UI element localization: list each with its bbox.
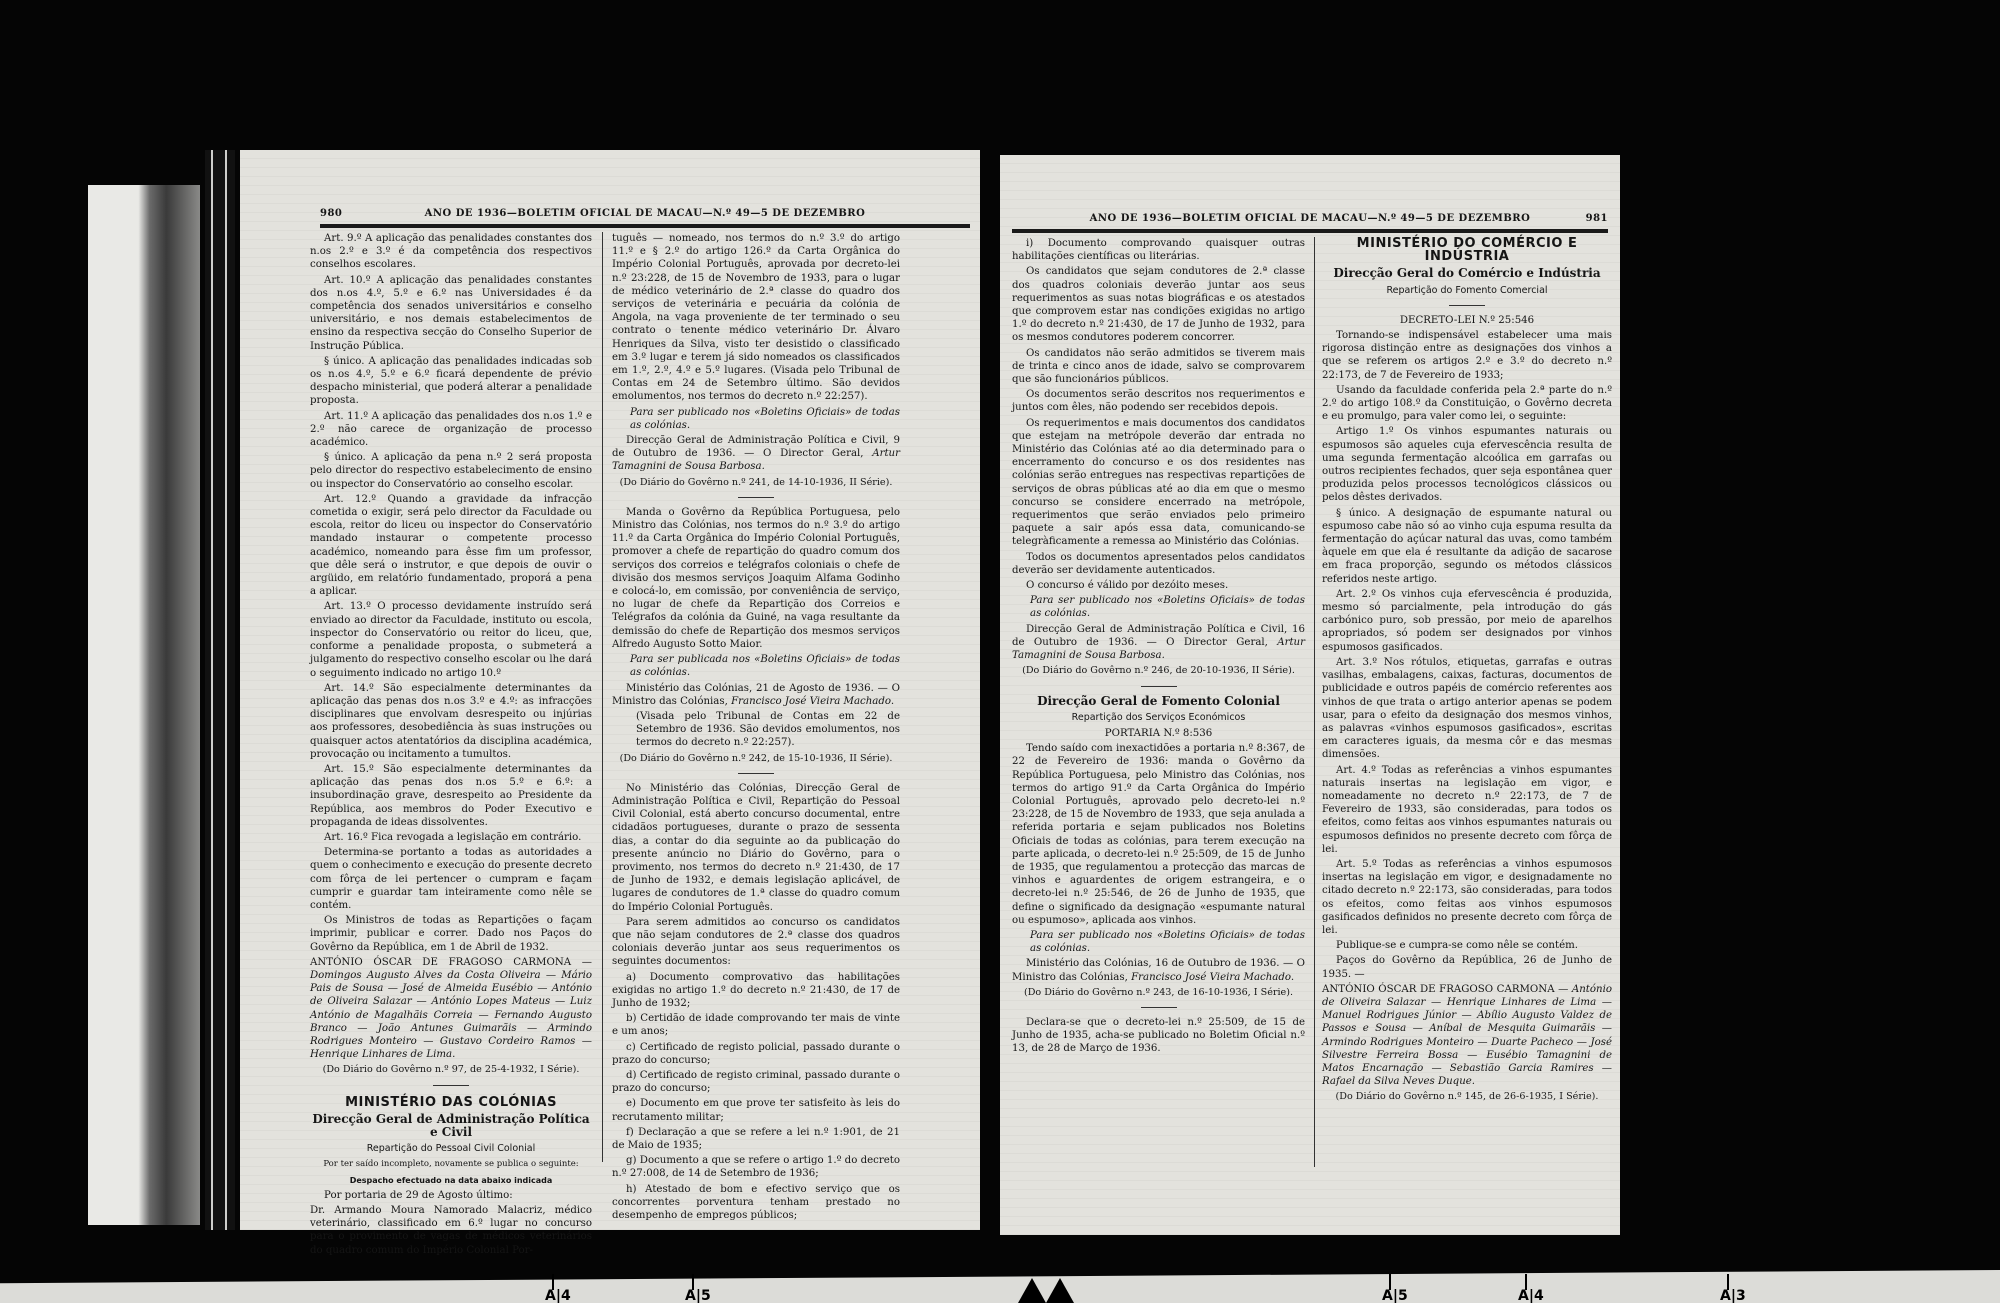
ministry-title: MINISTÉRIO DO COMÉRCIO E INDÚSTRIA	[1322, 237, 1612, 263]
paragraph: Os candidatos que sejam condutores de 2.…	[1012, 265, 1305, 344]
separator-rule	[1141, 1007, 1177, 1008]
paragraph: Art. 3.º Nos rótulos, etiquetas, garrafa…	[1322, 656, 1612, 762]
paragraph: i) Documento comprovando quaisquer outra…	[1012, 237, 1305, 263]
separator-rule	[433, 1085, 469, 1086]
right-page-column-2: MINISTÉRIO DO COMÉRCIO E INDÚSTRIA Direc…	[1322, 237, 1612, 1106]
running-head-right: ANO DE 1936—BOLETIM OFICIAL DE MACAU—N.º…	[1012, 213, 1608, 233]
paragraph: Art. 2.º Os vinhos cuja efervescência é …	[1322, 588, 1612, 654]
film-strip-left-edge	[88, 185, 200, 1225]
paragraph: § único. A aplicação das penalidades ind…	[310, 355, 592, 408]
column-divider	[602, 232, 603, 1162]
portaria-intro: Por portaria de 29 de Agosto último:	[310, 1189, 592, 1202]
left-page-column-2: tuguês — nomeado, nos termos do n.º 3.º …	[612, 232, 900, 1224]
list-item: g) Documento a que se refere o artigo 1.…	[612, 1154, 900, 1180]
paragraph: Art. 4.º Todas as referências a vinhos e…	[1322, 764, 1612, 856]
paragraph: Art. 13.º O processo devidamente instruí…	[310, 600, 592, 679]
source-citation: (Do Diário do Govêrno n.º 242, de 15-10-…	[612, 752, 900, 765]
running-head-title: ANO DE 1936—BOLETIM OFICIAL DE MACAU—N.º…	[320, 208, 970, 219]
paragraph: Art. 10.º A aplicação das penalidades co…	[310, 274, 592, 353]
paragraph: Publique-se e cumpra-se como nêle se con…	[1322, 939, 1612, 952]
paragraph: Art. 14.º São especialmente determinante…	[310, 682, 592, 761]
film-triangle-marker	[1018, 1278, 1046, 1303]
list-item: b) Certidão de idade comprovando ter mai…	[612, 1012, 900, 1038]
film-triangle-marker	[1046, 1278, 1074, 1303]
paragraph: Art. 15.º São especialmente determinante…	[310, 763, 592, 829]
paragraph: Art. 5.º Todas as referências a vinhos e…	[1322, 858, 1612, 937]
publication-note: Para ser publicado nos «Boletins Oficiai…	[1012, 594, 1305, 620]
decree-title: DECRETO-LEI N.º 25:546	[1322, 314, 1612, 327]
signature-line: Direcção Geral de Administração Política…	[612, 434, 900, 474]
paragraph: Os candidatos não serão admitidos se tiv…	[1012, 347, 1305, 387]
republish-note: Por ter saído incompleto, novamente se p…	[310, 1158, 592, 1171]
running-head-title: ANO DE 1936—BOLETIM OFICIAL DE MACAU—N.º…	[1012, 213, 1608, 224]
right-page-column-1: i) Documento comprovando quaisquer outra…	[1012, 237, 1305, 1058]
visa-note: (Visada pelo Tribunal de Contas em 22 de…	[612, 710, 900, 750]
paragraph: Determina-se portanto a todas as autorid…	[310, 846, 592, 912]
paragraph: Art. 9.º A aplicação das penalidades con…	[310, 232, 592, 272]
film-binding-edge	[205, 150, 235, 1230]
paragraph: Tornando-se indispensável estabelecer um…	[1322, 329, 1612, 382]
paragraph: Usando da faculdade conferida pela 2.ª p…	[1322, 384, 1612, 424]
department-title: Repartição dos Serviços Económicos	[1012, 711, 1305, 724]
list-item: d) Certificado de registo criminal, pass…	[612, 1069, 900, 1095]
right-page: ANO DE 1936—BOLETIM OFICIAL DE MACAU—N.º…	[1000, 155, 1620, 1235]
signature-line: Direcção Geral de Administração Política…	[1012, 623, 1305, 663]
separator-rule	[1449, 305, 1485, 306]
list-item: f) Declaração a que se refere a lei n.º …	[612, 1126, 900, 1152]
direction-title: Direcção Geral do Comércio e Indústria	[1322, 267, 1612, 280]
paragraph: Artigo 1.º Os vinhos espumantes naturais…	[1322, 425, 1612, 504]
film-mark: A|5	[685, 1288, 711, 1303]
separator-rule	[1141, 686, 1177, 687]
department-title: Repartição do Pessoal Civil Colonial	[310, 1142, 592, 1155]
paragraph: Manda o Govêrno da República Portuguesa,…	[612, 506, 900, 651]
publication-note: Para ser publicada nos «Boletins Oficiai…	[612, 653, 900, 679]
signature-line: Ministério das Colónias, 21 de Agosto de…	[612, 682, 900, 708]
running-head-left: 980 ANO DE 1936—BOLETIM OFICIAL DE MACAU…	[320, 208, 970, 228]
paragraph: Paços do Govêrno da República, 26 de Jun…	[1322, 954, 1612, 980]
film-mark: A|5	[1382, 1288, 1408, 1303]
source-citation: (Do Diário do Govêrno n.º 145, de 26-6-1…	[1322, 1090, 1612, 1103]
paragraph: Para serem admitidos ao concurso os cand…	[612, 916, 900, 969]
declaration: Declara-se que o decreto-lei n.º 25:509,…	[1012, 1016, 1305, 1056]
signatories: ANTÓNIO ÓSCAR DE FRAGOSO CARMONA — Domin…	[310, 956, 592, 1062]
left-page: 980 ANO DE 1936—BOLETIM OFICIAL DE MACAU…	[240, 150, 980, 1230]
paragraph: Todos os documentos apresentados pelos c…	[1012, 551, 1305, 577]
separator-rule	[738, 773, 774, 774]
source-citation: (Do Diário do Govêrno n.º 243, de 16-10-…	[1012, 986, 1305, 999]
paragraph: Os requerimentos e mais documentos dos c…	[1012, 417, 1305, 549]
list-item: c) Certificado de registo policial, pass…	[612, 1041, 900, 1067]
paragraph: tuguês — nomeado, nos termos do n.º 3.º …	[612, 232, 900, 404]
paragraph: Os documentos serão descritos nos requer…	[1012, 388, 1305, 414]
portaria-text: Tendo saído com inexactidões a portaria …	[1012, 742, 1305, 927]
portaria-title: PORTARIA N.º 8:536	[1012, 727, 1305, 740]
source-citation: (Do Diário do Govêrno n.º 246, de 20-10-…	[1012, 664, 1305, 677]
paragraph: § único. A designação de espumante natur…	[1322, 507, 1612, 586]
paragraph: Art. 16.º Fica revogada a legislação em …	[310, 831, 592, 844]
publication-note: Para ser publicado nos «Boletins Oficiai…	[612, 406, 900, 432]
ministry-title: MINISTÉRIO DAS COLÓNIAS	[310, 1096, 592, 1109]
publication-note: Para ser publicado nos «Boletins Oficiai…	[1012, 929, 1305, 955]
list-item: h) Atestado de bom e efectivo serviço qu…	[612, 1183, 900, 1223]
signature-line: Ministério das Colónias, 16 de Outubro d…	[1012, 957, 1305, 983]
film-mark: A|4	[1518, 1288, 1544, 1303]
dispatch-note: Despacho efectuado na data abaixo indica…	[310, 1174, 592, 1187]
source-citation: (Do Diário do Govêrno n.º 97, de 25-4-19…	[310, 1063, 592, 1076]
separator-rule	[738, 497, 774, 498]
paragraph: § único. A aplicação da pena n.º 2 será …	[310, 451, 592, 491]
paragraph: O concurso é válido por dezóito meses.	[1012, 579, 1305, 592]
direction-title: Direcção Geral de Administração Política…	[310, 1113, 592, 1139]
left-page-column-1: Art. 9.º A aplicação das penalidades con…	[310, 232, 592, 1259]
paragraph: Os Ministros de todas as Repartições o f…	[310, 914, 592, 954]
paragraph: Art. 12.º Quando a gravidade da infracçã…	[310, 493, 592, 599]
film-mark: A|3	[1720, 1288, 1746, 1303]
source-citation: (Do Diário do Govêrno n.º 241, de 14-10-…	[612, 476, 900, 489]
department-title: Repartição do Fomento Comercial	[1322, 284, 1612, 297]
column-divider	[1314, 237, 1315, 1167]
film-mark: A|4	[545, 1288, 571, 1303]
film-bottom-strip	[0, 1270, 2000, 1303]
portaria-text: Dr. Armando Moura Namorado Malacriz, méd…	[310, 1204, 592, 1257]
direction-title: Direcção Geral de Fomento Colonial	[1012, 695, 1305, 708]
list-item: a) Documento comprovativo das habilitaçõ…	[612, 971, 900, 1011]
signatories: ANTÓNIO ÓSCAR DE FRAGOSO CARMONA — Antón…	[1322, 983, 1612, 1089]
page-number: 981	[1586, 213, 1608, 224]
paragraph: No Ministério das Colónias, Direcção Ger…	[612, 782, 900, 914]
list-item: e) Documento em que prove ter satisfeito…	[612, 1097, 900, 1123]
paragraph: Art. 11.º A aplicação das penalidades do…	[310, 410, 592, 450]
